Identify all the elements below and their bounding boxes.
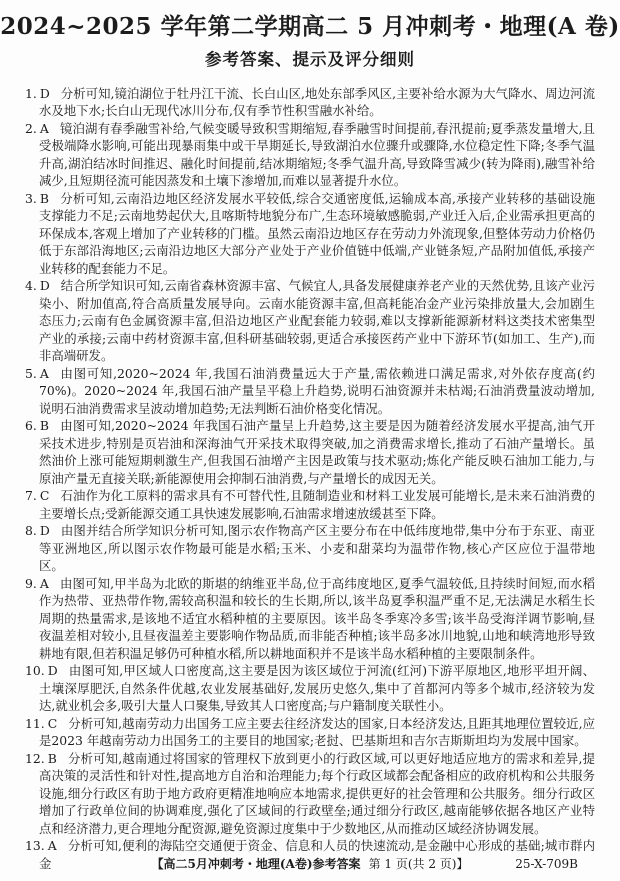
answer-letter: B [48, 751, 57, 766]
question-number: 2. [25, 121, 37, 136]
answer-letter: D [40, 278, 50, 293]
answer-item-8: 8.D由图并结合所学知识分析可知,图示农作物高产区主要分布在中低纬度地带,集中分… [25, 522, 595, 575]
page-title: 2024~2025 学年第二学期高二 5 月冲刺考・地理(A 卷) [0, 12, 620, 42]
answer-item-5: 5.A由图可知,2020~2024 年,我国石油消费量远大于产量,需依赖进口满足… [25, 365, 595, 418]
answer-explanation: 结合所学知识可知,云南省森林资源丰富、气候宜人,具备发展健康养老产业的天然优势,… [39, 278, 595, 363]
question-number: 12. [25, 751, 45, 766]
answer-explanation: 分析可知,云南沿边地区经济发展水平较低,综合交通密度低,运输成本高,承接产业转移… [39, 191, 595, 276]
answer-explanation: 石油作为化工原料的需求具有不可替代性,且随制造业和材料工业发展可能增长,是未来石… [39, 488, 595, 521]
answer-explanation: 由图可知,甲区域人口密度高,这主要是因为该区域位于河流(红河)下游平原地区,地形… [39, 663, 595, 713]
question-number: 10. [25, 663, 45, 678]
answer-letter: C [48, 716, 57, 731]
answer-letter: B [40, 418, 49, 433]
answer-item-7: 7.C石油作为化工原料的需求具有不可替代性,且随制造业和材料工业发展可能增长,是… [25, 487, 595, 522]
answer-letter: D [40, 523, 50, 538]
question-number: 9. [25, 576, 37, 591]
page-subtitle: 参考答案、提示及评分细则 [0, 46, 620, 70]
exam-answer-sheet-page: 2024~2025 学年第二学期高二 5 月冲刺考・地理(A 卷) 参考答案、提… [0, 0, 620, 881]
answer-letter: A [40, 121, 49, 136]
answer-letter: B [40, 191, 49, 206]
answer-letter: A [48, 838, 57, 853]
document-header: 2024~2025 学年第二学期高二 5 月冲刺考・地理(A 卷) 参考答案、提… [0, 0, 620, 70]
footer-page-number: 第 1 页(共 2 页)】 [369, 857, 469, 871]
answer-explanation: 分析可知,越南劳动力出国务工应主要去往经济发达的国家,日本经济发达,且距其地理位… [39, 716, 595, 749]
question-number: 1. [25, 86, 37, 101]
answer-letter: D [40, 86, 50, 101]
answer-letter: A [40, 366, 49, 381]
answer-item-3: 3.B分析可知,云南沿边地区经济发展水平较低,综合交通密度低,运输成本高,承接产… [25, 190, 595, 278]
question-number: 4. [25, 278, 37, 293]
answer-item-9: 9.A由图可知,甲半岛为北欧的斯堪的纳维亚半岛,位于高纬度地区,夏季气温较低,且… [25, 575, 595, 663]
footer-paper-code: 25-X-709B [515, 856, 578, 872]
answer-explanation: 由图并结合所学知识分析可知,图示农作物高产区主要分布在中低纬度地带,集中分布于东… [39, 523, 595, 573]
question-number: 11. [25, 716, 45, 731]
answer-letter: A [40, 576, 49, 591]
answer-explanation: 分析可知,镜泊湖位于牡丹江干流、长白山区,地处东部季风区,主要补给水源为大气降水… [39, 86, 595, 119]
answer-explanation: 由图可知,2020~2024 年我国石油产量呈上升趋势,这主要是因为随着经济发展… [39, 418, 595, 486]
answer-item-4: 4.D结合所学知识可知,云南省森林资源丰富、气候宜人,具备发展健康养老产业的天然… [25, 277, 595, 365]
answer-explanation: 镜泊湖有春季融雪补给,气候变暖导致积雪期缩短,春季融雪时间提前,春汛提前;夏季蒸… [39, 121, 595, 189]
answer-explanation: 分析可知,越南通过将国家的管理权下放到更小的行政区域,可以更好地适应地方的需求和… [39, 751, 595, 836]
question-number: 7. [25, 488, 37, 503]
question-number: 3. [25, 191, 37, 206]
question-number: 6. [25, 418, 37, 433]
question-number: 8. [25, 523, 37, 538]
answer-item-6: 6.B由图可知,2020~2024 年我国石油产量呈上升趋势,这主要是因为随着经… [25, 417, 595, 487]
answer-item-1: 1.D分析可知,镜泊湖位于牡丹江干流、长白山区,地处东部季风区,主要补给水源为大… [25, 85, 595, 120]
answer-item-10: 10.D由图可知,甲区域人口密度高,这主要是因为该区域位于河流(红河)下游平原地… [25, 662, 595, 715]
page-footer: 【高二5月冲刺考・地理(A卷)参考答案第 1 页(共 2 页)】 25-X-70… [0, 856, 620, 872]
answer-item-11: 11.C分析可知,越南劳动力出国务工应主要去往经济发达的国家,日本经济发达,且距… [25, 715, 595, 750]
question-number: 13. [25, 838, 45, 853]
answer-item-12: 12.B分析可知,越南通过将国家的管理权下放到更小的行政区域,可以更好地适应地方… [25, 750, 595, 838]
answer-item-2: 2.A镜泊湖有春季融雪补给,气候变暖导致积雪期缩短,春季融雪时间提前,春汛提前;… [25, 120, 595, 190]
question-number: 5. [25, 366, 37, 381]
answer-explanation: 由图可知,甲半岛为北欧的斯堪的纳维亚半岛,位于高纬度地区,夏季气温较低,且持续时… [39, 576, 595, 661]
answer-letter: D [48, 663, 58, 678]
answer-list: 1.D分析可知,镜泊湖位于牡丹江干流、长白山区,地处东部季风区,主要补给水源为大… [0, 85, 620, 873]
answer-explanation: 由图可知,2020~2024 年,我国石油消费量远大于产量,需依赖进口满足需求,… [39, 366, 595, 416]
answer-letter: C [40, 488, 49, 503]
footer-exam-title: 【高二5月冲刺考・地理(A卷)参考答案 [152, 857, 361, 871]
